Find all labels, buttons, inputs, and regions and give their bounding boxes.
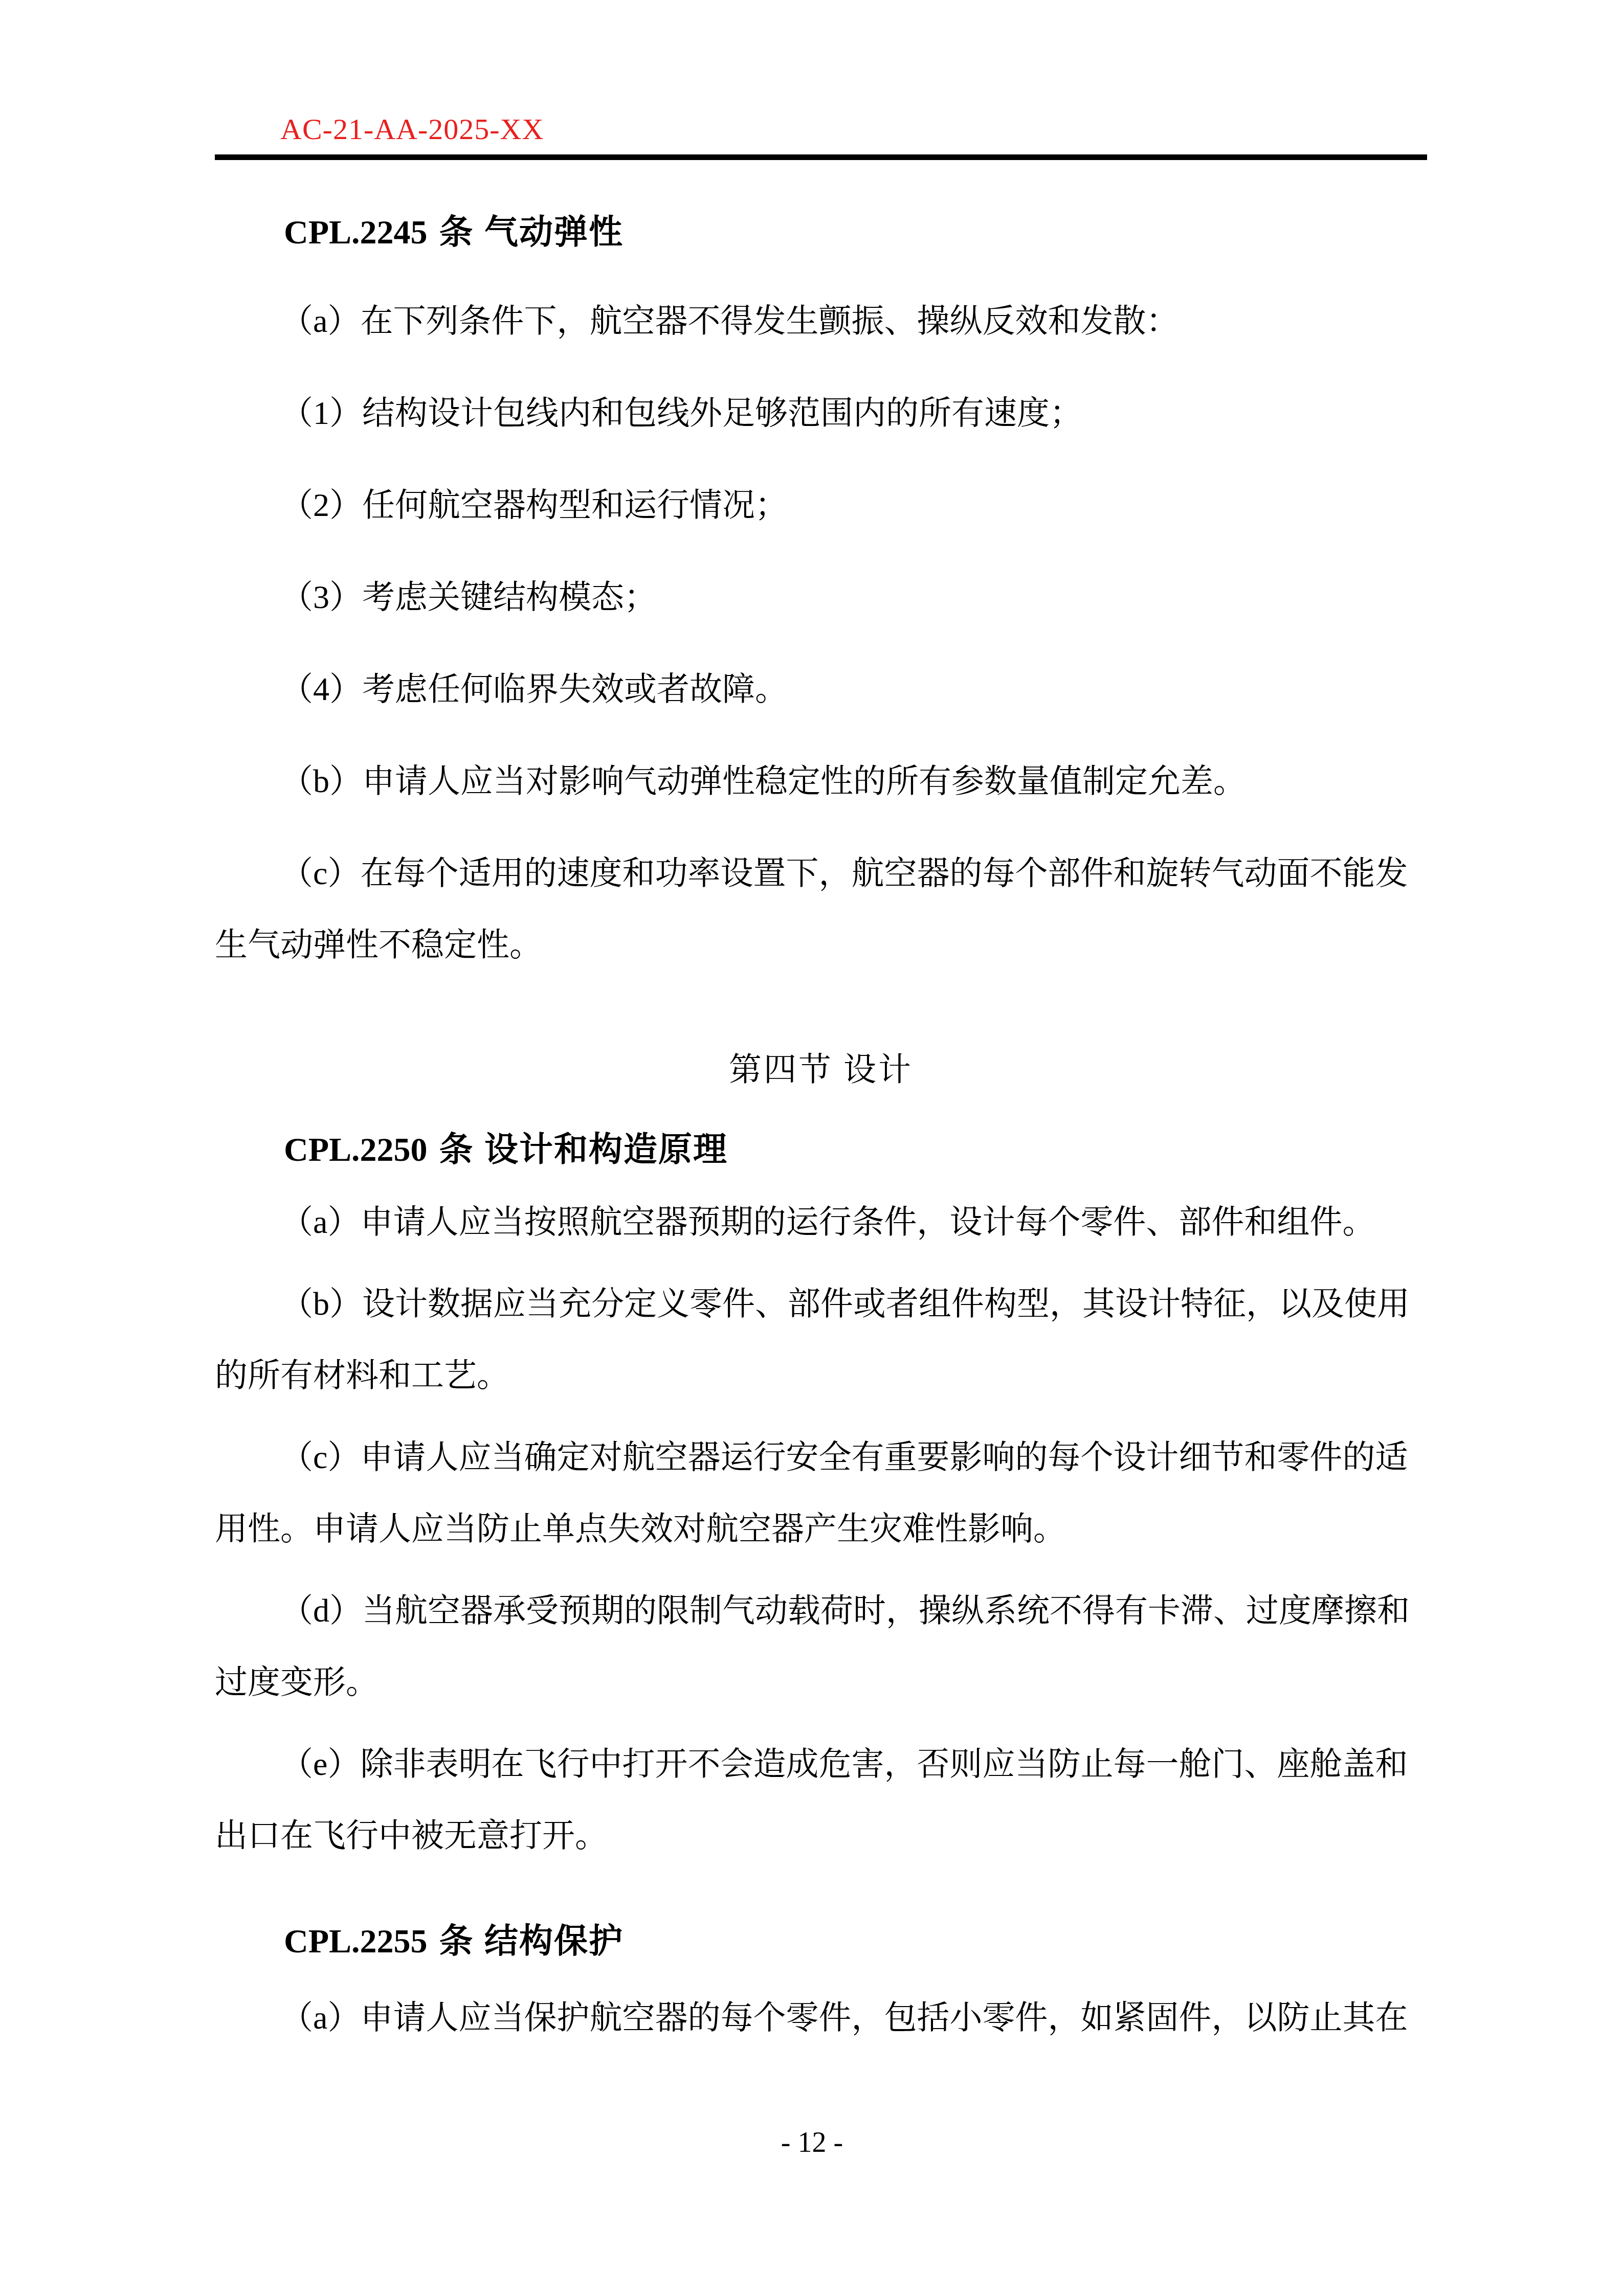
paragraph-line: （a）申请人应当保护航空器的每个零件，包括小零件，如紧固件，以防止其在: [215, 1982, 1427, 2054]
paragraph-line: （a）在下列条件下，航空器不得发生颤振、操纵反效和发散：: [215, 285, 1427, 357]
clause-title: 条 结构保护: [439, 1922, 624, 1960]
paragraph-line: （c）申请人应当确定对航空器运行安全有重要影响的每个设计细节和零件的适: [215, 1422, 1427, 1493]
clause-heading-cpl-2245: CPL.2245条 气动弹性: [215, 204, 1427, 261]
paragraph-line: （3）考虑关键结构模态；: [215, 561, 1427, 633]
paragraph-line: 的所有材料和工艺。: [215, 1340, 1427, 1411]
paragraph-line: （a）申请人应当按照航空器预期的运行条件，设计每个零件、部件和组件。: [215, 1186, 1427, 1258]
paragraph-line: （c）在每个适用的速度和功率设置下，航空器的每个部件和旋转气动面不能发: [215, 838, 1427, 909]
paragraph-line: （4）考虑任何临界失效或者故障。: [215, 654, 1427, 725]
paragraph-1: （1）结构设计包线内和包线外足够范围内的所有速度；: [215, 377, 1427, 449]
paragraph-a: （a）在下列条件下，航空器不得发生颤振、操纵反效和发散：: [215, 285, 1427, 357]
paragraph-b: （b）申请人应当对影响气动弹性稳定性的所有参数量值制定允差。: [215, 746, 1427, 817]
page-number: - 12 -: [0, 2122, 1624, 2163]
paragraph-4: （4）考虑任何临界失效或者故障。: [215, 654, 1427, 725]
clause-heading-cpl-2250: CPL.2250条 设计和构造原理: [215, 1121, 1427, 1178]
clause-2250-body: （a）申请人应当按照航空器预期的运行条件，设计每个零件、部件和组件。 （b）设计…: [215, 1186, 1427, 1872]
paragraph-c: （c）在每个适用的速度和功率设置下，航空器的每个部件和旋转气动面不能发 生气动弹…: [215, 838, 1427, 981]
section-heading-4: 第四节 设计: [215, 1034, 1427, 1106]
clause-heading-cpl-2255: CPL.2255条 结构保护: [215, 1912, 1427, 1970]
paragraph-line: （1）结构设计包线内和包线外足够范围内的所有速度；: [215, 377, 1427, 449]
paragraph-line: 用性。申请人应当防止单点失效对航空器产生灾难性影响。: [215, 1493, 1427, 1565]
clause-title: 条 设计和构造原理: [439, 1130, 728, 1168]
paragraph-c: （c）申请人应当确定对航空器运行安全有重要影响的每个设计细节和零件的适 用性。申…: [215, 1422, 1427, 1565]
paragraph-b: （b）设计数据应当充分定义零件、部件或者组件构型，其设计特征，以及使用 的所有材…: [215, 1268, 1427, 1411]
paragraph-e: （e）除非表明在飞行中打开不会造成危害，否则应当防止每一舱门、座舱盖和 出口在飞…: [215, 1728, 1427, 1872]
paragraph-line: 生气动弹性不稳定性。: [215, 909, 1427, 981]
paragraph-d: （d）当航空器承受预期的限制气动载荷时，操纵系统不得有卡滞、过度摩擦和 过度变形…: [215, 1575, 1427, 1718]
doc-page: AC-21-AA-2025-XX CPL.2245条 气动弹性 （a）在下列条件…: [0, 0, 1624, 2296]
clause-code: CPL.2245: [284, 214, 428, 251]
paragraph-2: （2）任何航空器构型和运行情况；: [215, 469, 1427, 541]
clause-2255-body: （a）申请人应当保护航空器的每个零件，包括小零件，如紧固件，以防止其在: [215, 1982, 1427, 2054]
clause-code: CPL.2255: [284, 1923, 428, 1960]
paragraph-line: （2）任何航空器构型和运行情况；: [215, 469, 1427, 541]
paragraph-line: （d）当航空器承受预期的限制气动载荷时，操纵系统不得有卡滞、过度摩擦和: [215, 1575, 1427, 1647]
clause-code: CPL.2250: [284, 1131, 428, 1168]
header-doc-number: AC-21-AA-2025-XX: [280, 111, 1427, 147]
paragraph-a: （a）申请人应当按照航空器预期的运行条件，设计每个零件、部件和组件。: [215, 1186, 1427, 1258]
paragraph-line: 过度变形。: [215, 1647, 1427, 1718]
paragraph-line: （b）设计数据应当充分定义零件、部件或者组件构型，其设计特征，以及使用: [215, 1268, 1427, 1340]
clause-title: 条 气动弹性: [439, 213, 624, 251]
paragraph-line: （b）申请人应当对影响气动弹性稳定性的所有参数量值制定允差。: [215, 746, 1427, 817]
clause-2245-body: （a）在下列条件下，航空器不得发生颤振、操纵反效和发散： （1）结构设计包线内和…: [215, 285, 1427, 981]
doc-content: AC-21-AA-2025-XX CPL.2245条 气动弹性 （a）在下列条件…: [215, 0, 1427, 2064]
paragraph-line: （e）除非表明在飞行中打开不会造成危害，否则应当防止每一舱门、座舱盖和: [215, 1728, 1427, 1800]
paragraph-3: （3）考虑关键结构模态；: [215, 561, 1427, 633]
paragraph-line: 出口在飞行中被无意打开。: [215, 1800, 1427, 1872]
paragraph-a: （a）申请人应当保护航空器的每个零件，包括小零件，如紧固件，以防止其在: [215, 1982, 1427, 2054]
header-rule: [215, 154, 1427, 160]
